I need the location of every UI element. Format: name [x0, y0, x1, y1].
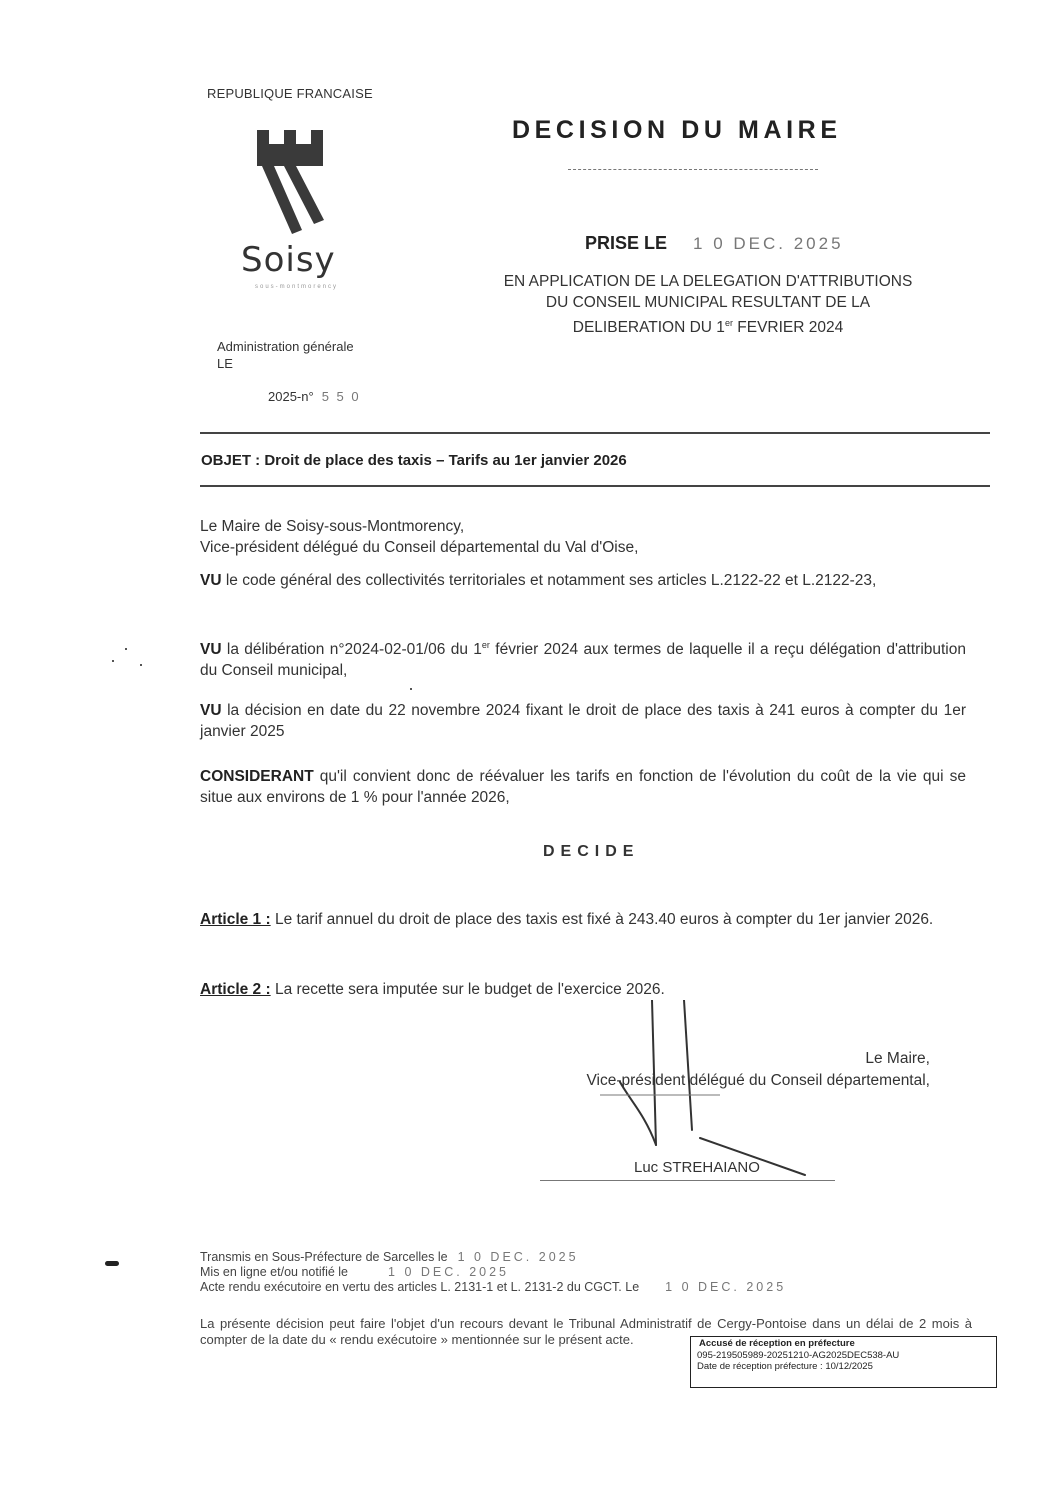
- delegation-line: EN APPLICATION DE LA DELEGATION D'ATTRIB…: [448, 271, 968, 292]
- prise-le-line: PRISE LE1 0 DEC. 2025: [585, 233, 844, 254]
- scan-speck: [112, 660, 114, 662]
- footer-line: Mis en ligne et/ou notifié le1 0 DEC. 20…: [200, 1265, 786, 1280]
- delegation-line: DELIBERATION DU 1er FEVRIER 2024: [448, 313, 968, 338]
- prise-le-label: PRISE LE: [585, 233, 667, 253]
- delegation-line: DU CONSEIL MUNICIPAL RESULTANT DE LA: [448, 292, 968, 313]
- vu-label: VU: [200, 702, 222, 719]
- signature-line: [540, 1180, 835, 1181]
- receipt-date: Date de réception préfecture : 10/12/202…: [697, 1361, 873, 1372]
- republic-heading: REPUBLIQUE FRANCAISE: [207, 86, 373, 101]
- footer-text: Mis en ligne et/ou notifié le: [200, 1265, 348, 1279]
- vu-label: VU: [200, 572, 222, 589]
- objet-line: OBJET : Droit de place des taxis – Tarif…: [201, 452, 627, 469]
- vu-text: la délibération n°2024-02-01/06 du 1: [222, 641, 482, 658]
- vu-clause: VU la délibération n°2024-02-01/06 du 1e…: [200, 635, 966, 681]
- preamble: Le Maire de Soisy-sous-Montmorency, Vice…: [200, 516, 966, 558]
- vu-clause: VU la décision en date du 22 novembre 20…: [200, 700, 966, 742]
- scan-mark-icon: [105, 1261, 119, 1266]
- logo-subtitle: sous-montmorency: [255, 284, 338, 290]
- considerant-text: qu'il convient donc de réévaluer les tar…: [200, 768, 966, 806]
- decision-number-stamp: 5 5 0: [322, 389, 361, 404]
- article-text: La recette sera imputée sur le budget de…: [271, 981, 665, 998]
- vu-clause: VU le code général des collectivités ter…: [200, 570, 966, 591]
- decision-number-prefix: 2025-n°: [268, 389, 314, 404]
- footer-text: Transmis en Sous-Préfecture de Sarcelles…: [200, 1250, 448, 1264]
- title-divider: [568, 169, 818, 170]
- transmission-footer: Transmis en Sous-Préfecture de Sarcelles…: [200, 1250, 786, 1295]
- vu-text: la décision en date du 22 novembre 2024 …: [200, 702, 966, 740]
- signatory-name: Luc STREHAIANO: [634, 1159, 760, 1176]
- considerant-label: CONSIDERANT: [200, 768, 314, 785]
- footer-text: Acte rendu exécutoire en vertu des artic…: [200, 1280, 639, 1294]
- department-initials: LE: [217, 355, 354, 372]
- date-stamp: 1 0 DEC. 2025: [693, 234, 844, 253]
- date-stamp: 1 0 DEC. 2025: [458, 1250, 579, 1264]
- receipt-title: Accusé de réception en préfecture: [699, 1338, 855, 1349]
- scan-speck: [410, 688, 412, 690]
- logo-wordmark: Soisy: [241, 240, 336, 280]
- footer-line: Acte rendu exécutoire en vertu des artic…: [200, 1280, 786, 1295]
- article-label: Article 2 :: [200, 981, 271, 998]
- superscript: er: [725, 318, 733, 328]
- objet-top-rule: [200, 432, 990, 434]
- article-text: Le tarif annuel du droit de place des ta…: [271, 911, 934, 928]
- vu-label: VU: [200, 641, 222, 658]
- department-name: Administration générale: [217, 338, 354, 355]
- date-stamp: 1 0 DEC. 2025: [388, 1265, 509, 1279]
- page-title: DECISION DU MAIRE: [512, 116, 842, 145]
- decide-heading: DECIDE: [543, 843, 639, 861]
- receipt-reference: 095-219505989-20251210-AG2025DEC538-AU: [697, 1350, 899, 1361]
- superscript: er: [482, 640, 490, 650]
- date-stamp: 1 0 DEC. 2025: [665, 1280, 786, 1294]
- delegation-text: FEVRIER 2024: [733, 319, 843, 336]
- vu-text: le code général des collectivités territ…: [222, 572, 877, 589]
- objet-bottom-rule: [200, 485, 990, 487]
- decision-number: 2025-n°5 5 0: [268, 389, 361, 404]
- delegation-statement: EN APPLICATION DE LA DELEGATION D'ATTRIB…: [448, 271, 968, 338]
- footer-line: Transmis en Sous-Préfecture de Sarcelles…: [200, 1250, 786, 1265]
- scan-speck: [125, 648, 127, 650]
- preamble-line: Vice-président délégué du Conseil départ…: [200, 537, 966, 558]
- preamble-line: Le Maire de Soisy-sous-Montmorency,: [200, 516, 966, 537]
- department-block: Administration générale LE: [217, 338, 354, 372]
- article-1: Article 1 : Le tarif annuel du droit de …: [200, 909, 966, 930]
- considerant-clause: CONSIDERANT qu'il convient donc de rééva…: [200, 766, 966, 808]
- article-2: Article 2 : La recette sera imputée sur …: [200, 979, 966, 1000]
- article-label: Article 1 :: [200, 911, 271, 928]
- prefecture-receipt-box: Accusé de réception en préfecture 095-21…: [690, 1336, 997, 1388]
- delegation-text: DELIBERATION DU 1: [573, 319, 725, 336]
- scan-speck: [140, 664, 142, 666]
